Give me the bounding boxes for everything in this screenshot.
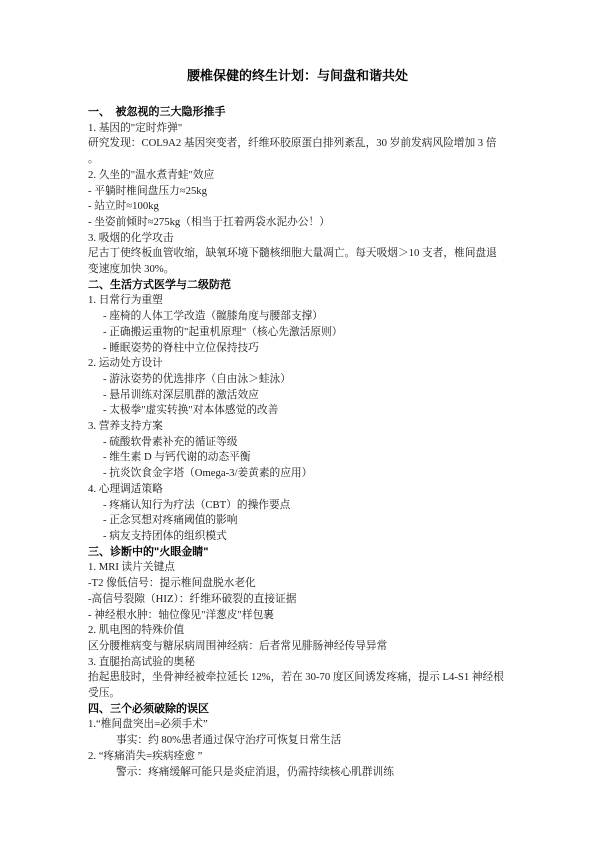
paragraph-line: - 站立时≈100kg [88,199,507,215]
paragraph-line: - 平躺时椎间盘压力≈25kg [88,184,507,200]
paragraph-line: - 维生素 D 与钙代谢的动态平衡 [88,450,507,466]
section-heading: 一、 被忽视的三大隐形推手 [88,105,507,121]
paragraph-line: - 硫酸软骨素补充的循证等级 [88,435,507,451]
document-page: 腰椎保健的终生计划：与间盘和谐共处 一、 被忽视的三大隐形推手1. 基因的"定时… [0,0,595,842]
paragraph-line: 事实：约 80%患者通过保守治疗可恢复日常生活 [88,733,507,749]
paragraph-line: 研究发现：COL9A2 基因突变者，纤维环胶原蛋白排列紊乱，30 岁前发病风险增… [88,136,507,167]
page-title: 腰椎保健的终生计划：与间盘和谐共处 [88,67,507,85]
paragraph-line: - 座椅的人体工学改造（髋膝角度与腰部支撑） [88,309,507,325]
paragraph-line: 3. 直腿抬高试验的奥秘 [88,655,507,671]
section-heading: 二、生活方式医学与二级防范 [88,278,507,294]
paragraph-line: - 神经根水肿：轴位像见"洋葱皮"样包裹 [88,608,507,624]
paragraph-line: - 疼痛认知行为疗法（CBT）的操作要点 [88,498,507,514]
paragraph-line: - 正念冥想对疼痛阈值的影响 [88,513,507,529]
paragraph-line: 1. 日常行为重塑 [88,293,507,309]
paragraph-line: - 抗炎饮食金字塔（Omega-3/姜黄素的应用） [88,466,507,482]
paragraph-line: 区分腰椎病变与糖尿病周围神经病：后者常见腓肠神经传导异常 [88,639,507,655]
paragraph-line: 警示：疼痛缓解可能只是炎症消退，仍需持续核心肌群训练 [88,765,507,781]
paragraph-line: - 坐姿前倾时≈275kg（相当于扛着两袋水泥办公！） [88,215,507,231]
section-heading: 三、诊断中的"火眼金睛" [88,545,507,561]
paragraph-line: 2. 肌电图的特殊价值 [88,623,507,639]
paragraph-line: 1.“椎间盘突出=必须手术” [88,717,507,733]
paragraph-line: 4. 心理调适策略 [88,482,507,498]
paragraph-line: - 病友支持团体的组织模式 [88,529,507,545]
paragraph-line: 2. “疼痛消失=疾病痊愈 ” [88,749,507,765]
paragraph-line: 抬起患肢时，坐骨神经被牵拉延长 12%，若在 30-70 度区间诱发疼痛，提示 … [88,670,507,701]
paragraph-line: - 睡眠姿势的脊柱中立位保持技巧 [88,341,507,357]
section-heading: 四、三个必须破除的误区 [88,702,507,718]
document-body: 一、 被忽视的三大隐形推手1. 基因的"定时炸弹"研究发现：COL9A2 基因突… [88,105,507,780]
paragraph-line: 3. 吸烟的化学攻击 [88,231,507,247]
paragraph-line: 尼古丁使终板血管收缩，缺氧环境下髓核细胞大量凋亡。每天吸烟＞10 支者，椎间盘退… [88,246,507,277]
paragraph-line: 2. 运动处方设计 [88,356,507,372]
paragraph-line: - 正确搬运重物的"起重机原理"（核心先激活原则） [88,325,507,341]
paragraph-line: 1. MRI 读片关键点 [88,560,507,576]
paragraph-line: 3. 营养支持方案 [88,419,507,435]
paragraph-line: - 太极拳"虚实转换"对本体感觉的改善 [88,403,507,419]
paragraph-line: 2. 久坐的"温水煮青蛙"效应 [88,168,507,184]
paragraph-line: 1. 基因的"定时炸弹" [88,121,507,137]
paragraph-line: -高信号裂隙（HIZ）：纤维环破裂的直接证据 [88,592,507,608]
paragraph-line: -T2 像低信号：提示椎间盘脱水老化 [88,576,507,592]
paragraph-line: - 悬吊训练对深层肌群的激活效应 [88,388,507,404]
paragraph-line: - 游泳姿势的优选排序（自由泳＞蛙泳） [88,372,507,388]
